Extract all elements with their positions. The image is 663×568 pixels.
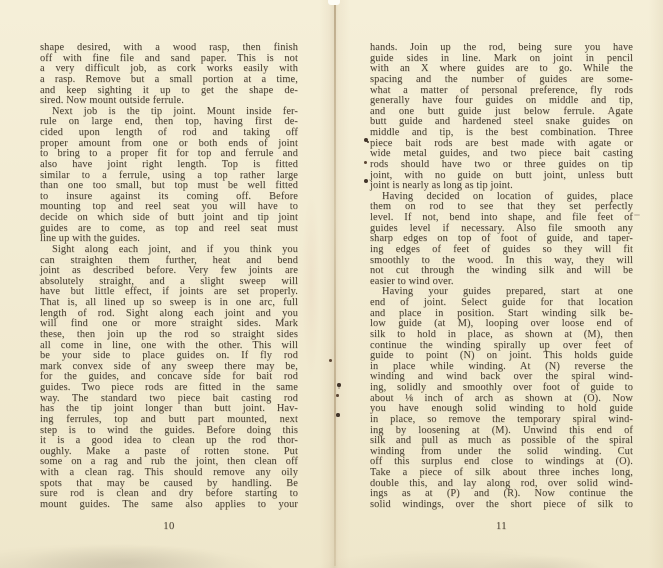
paragraph: Having your guides prepared, start at on… [370, 287, 633, 510]
page-left-number: 10 [40, 521, 298, 532]
right-edge-shade [649, 0, 663, 568]
text-line: silk to hold in place, as shown at (M), … [370, 330, 633, 341]
ink-speck [364, 161, 367, 164]
text-line: spacing and the number of guides are som… [370, 75, 633, 86]
paragraph: shape desired, with a wood rasp, then fi… [40, 43, 298, 107]
paragraph: Next job is the tip joint. Mount inside … [40, 107, 298, 245]
text-line: solid windings, over the short piece of … [370, 500, 633, 511]
text-line: rods should have two or three guides on … [370, 160, 633, 171]
faint-smudge [634, 214, 640, 216]
ink-speck [364, 179, 368, 183]
page-curve-tint [296, 150, 326, 420]
ink-speck [337, 383, 341, 387]
page-right-text: hands. Join up the rod, being sure you h… [370, 43, 633, 511]
text-line: ing ferrules, top and butt part mounted,… [40, 415, 298, 426]
text-line: in place, so remove the temporary spiral… [370, 415, 633, 426]
gutter-top-notch [328, 0, 340, 5]
text-line: Sight along each joint, and if you think… [40, 245, 298, 256]
paragraph: hands. Join up the rod, being sure you h… [370, 43, 633, 192]
ink-speck [336, 413, 340, 417]
paragraph: Sight along each joint, and if you think… [40, 245, 298, 511]
ink-speck [329, 359, 332, 362]
ink-speck [364, 138, 368, 142]
paragraph: Having decided on location of guides, pl… [370, 192, 633, 288]
gutter-shadow [320, 0, 350, 568]
text-line: mount guides. The same also applies to y… [40, 500, 298, 511]
page-left-text: shape desired, with a wood rasp, then fi… [40, 43, 298, 511]
page-right-number: 11 [370, 521, 633, 532]
text-line: also have joint right length. Top is fit… [40, 160, 298, 171]
text-line: a rasp. Remove but a small portion at a … [40, 75, 298, 86]
text-line: these, then join up the rod so straight … [40, 330, 298, 341]
ink-speck [336, 394, 339, 397]
gutter-crease [334, 4, 336, 566]
text-line: ing edges of feet of guides so they will… [370, 245, 633, 256]
